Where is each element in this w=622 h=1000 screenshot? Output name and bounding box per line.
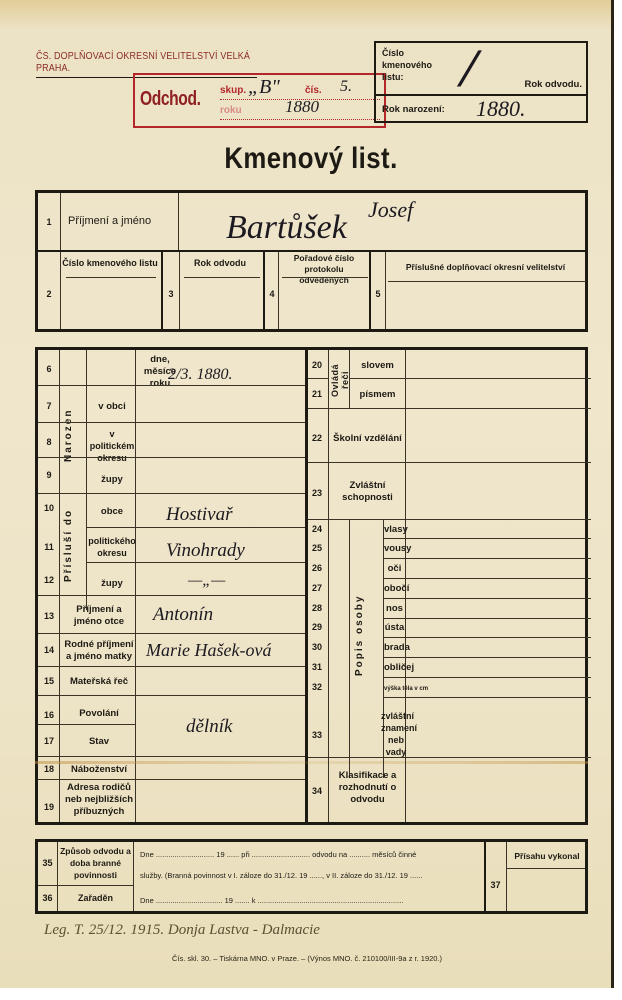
row-number: 24 xyxy=(306,524,328,534)
row-number: 10 xyxy=(38,503,60,513)
occupation-value: dělník xyxy=(186,716,232,738)
row-number: 36 xyxy=(38,893,57,903)
domicile-district-value: Vinohrady xyxy=(166,540,245,562)
assignment-line: Dne ................................ 19 … xyxy=(140,896,482,905)
divider xyxy=(282,277,368,278)
row-number: 7 xyxy=(38,401,60,411)
divider xyxy=(59,350,60,822)
row-number: 5 xyxy=(371,289,385,299)
row-number: 11 xyxy=(38,542,60,552)
row-label: obce xyxy=(88,506,136,518)
cislo-kmenoveho-value: / xyxy=(454,37,484,99)
divider xyxy=(308,519,591,520)
row-number: 28 xyxy=(306,603,328,613)
row-label: brada xyxy=(384,642,405,654)
enlistment-line-2: služby. (Branná povinnost v I. záloze do… xyxy=(140,871,482,880)
row1-label: Příjmení a jméno xyxy=(68,215,151,227)
row-number: 3 xyxy=(163,289,179,299)
divider xyxy=(328,350,329,822)
stamp-line xyxy=(220,119,380,120)
divider xyxy=(383,677,591,678)
row-number: 34 xyxy=(306,786,328,796)
row-number: 26 xyxy=(306,563,328,573)
row-label: obličej xyxy=(384,662,405,674)
row-label: Příjmení a jméno otce xyxy=(62,604,136,628)
rok-odvodu-label: Rok odvodu. xyxy=(524,79,582,90)
row-label: Přísahu vykonal xyxy=(508,850,586,862)
divider xyxy=(383,538,591,539)
row-label: oči xyxy=(384,563,405,575)
row-label: župy xyxy=(88,578,136,590)
row-number: 33 xyxy=(306,730,328,740)
print-imprint: Čís. skl. 30. – Tiskárna MNO. v Praze. –… xyxy=(0,954,614,963)
stamp-skup-value: „B" xyxy=(248,76,280,99)
divider xyxy=(178,193,179,250)
row-number: 27 xyxy=(306,583,328,593)
row-number: 6 xyxy=(38,364,60,374)
row-number: 23 xyxy=(306,488,328,498)
divider xyxy=(38,695,305,696)
divider xyxy=(38,250,585,252)
divider xyxy=(66,277,156,278)
row-label: výška těla v cm xyxy=(384,683,405,695)
divider xyxy=(383,598,591,599)
divider xyxy=(86,350,87,610)
stamp-roku-label: roku xyxy=(220,105,242,116)
row-number: 22 xyxy=(306,433,328,443)
divider xyxy=(60,193,61,329)
divider xyxy=(38,724,135,725)
divider xyxy=(506,842,507,911)
row-label: Způsob odvodu a doba branné povinnosti xyxy=(58,845,133,881)
divider xyxy=(86,527,305,528)
row-label: Zařaděn xyxy=(58,892,133,904)
rok-narozeni-label: Rok narození: xyxy=(382,104,445,115)
row-number: 15 xyxy=(38,676,60,686)
domicile-county-value: —„— xyxy=(188,572,225,590)
row-number: 35 xyxy=(38,858,57,868)
departure-stamp: Odchod. skup. „B" čís. 5. roku 1880 xyxy=(133,73,386,128)
row-number: 13 xyxy=(38,611,60,621)
group-prislusi-do: Přísluší do xyxy=(63,500,74,590)
cell-label-velitelstvi: Příslušné doplňovací okresní velitelství xyxy=(388,261,583,273)
row-number: 4 xyxy=(265,289,279,299)
divider xyxy=(38,756,305,757)
row-label: Povolání xyxy=(62,708,136,720)
row-label: písmem xyxy=(350,389,405,401)
divider xyxy=(484,842,486,911)
row-number: 2 xyxy=(38,289,60,299)
given-name-value: Josef xyxy=(368,197,413,223)
divider xyxy=(184,277,260,278)
divider xyxy=(38,422,305,423)
row-number: 31 xyxy=(306,662,328,672)
row-label: Náboženství xyxy=(62,764,136,776)
stamp-cis-value: 5. xyxy=(340,78,352,96)
group-ovlada-reci: Ovládá řeči xyxy=(330,356,350,404)
divider xyxy=(388,281,586,282)
row-label: nos xyxy=(384,603,405,615)
row-number: 8 xyxy=(38,437,60,447)
divider xyxy=(308,462,591,463)
office-heading-text: ČS. DOPLŇOVACÍ OKRESNÍ VELITELSTVÍ VELKÁ… xyxy=(36,50,250,74)
row-number: 37 xyxy=(485,880,506,890)
rok-narozeni-value: 1880. xyxy=(476,96,526,122)
cell-label-rok-odvodu: Rok odvodu xyxy=(180,257,260,269)
enlistment-line-1: Dne ............................ 19 ....… xyxy=(140,850,482,859)
row-label: Klasifikace a rozhodnutí o odvodu xyxy=(330,770,405,806)
row-number: 20 xyxy=(306,360,328,370)
row-label: Rodné příjmení a jméno matky xyxy=(62,639,136,663)
row-number: 18 xyxy=(38,764,60,774)
surname-value: Bartůšek xyxy=(226,209,347,247)
row-label: v politickém okresu xyxy=(86,428,138,464)
row-number: 16 xyxy=(38,710,60,720)
row-number: 17 xyxy=(38,736,60,746)
divider xyxy=(308,408,591,409)
divider xyxy=(38,885,134,886)
row-number: 30 xyxy=(306,642,328,652)
row-number: 29 xyxy=(306,622,328,632)
divider xyxy=(38,779,305,780)
divider xyxy=(38,633,305,634)
divider xyxy=(383,618,591,619)
divider xyxy=(383,578,591,579)
divider xyxy=(86,562,305,563)
row-label: Stav xyxy=(62,736,136,748)
row-label: v obci xyxy=(88,401,136,413)
row-label: ústa xyxy=(384,622,405,634)
row-label: vlasy xyxy=(384,524,405,536)
divider xyxy=(385,252,386,329)
row-label: slovem xyxy=(350,360,405,372)
page-title: Kmenový list. xyxy=(44,142,579,176)
divider xyxy=(308,757,591,758)
divider xyxy=(38,457,305,458)
row-label: Mateřská řeč xyxy=(62,676,136,688)
document-page: ČS. DOPLŇOVACÍ OKRESNÍ VELITELSTVÍ VELKÁ… xyxy=(0,0,614,988)
divider xyxy=(349,378,591,379)
registry-corner-box: Číslo kmenového listu: / Rok odvodu. Rok… xyxy=(374,41,588,123)
stamp-cis-label: čís. xyxy=(305,85,322,96)
stamp-title: Odchod. xyxy=(140,88,201,111)
cell-label-poradove: Pořadové číslo protokolu odvedených xyxy=(279,253,369,286)
row-number: 9 xyxy=(38,470,60,480)
row-label: obočí xyxy=(384,583,405,595)
row-label: Zvláštní schopnosti xyxy=(330,480,405,504)
divider xyxy=(38,595,305,596)
row-label: politického okresu xyxy=(86,535,138,559)
row-number: 19 xyxy=(38,802,60,812)
row-number: 21 xyxy=(306,389,328,399)
divider xyxy=(383,657,591,658)
fold-crease xyxy=(35,761,588,764)
divider xyxy=(308,378,328,379)
divider xyxy=(38,666,305,667)
stamp-roku-value: 1880 xyxy=(285,97,319,117)
row-number: 14 xyxy=(38,645,60,655)
divider xyxy=(38,385,305,386)
divider xyxy=(383,558,591,559)
row-label: zvláštní znamení neb vady xyxy=(381,710,411,758)
divider xyxy=(383,697,591,698)
father-name-value: Antonín xyxy=(153,604,213,626)
divider xyxy=(383,637,591,638)
stamp-skup-label: skup. xyxy=(220,85,246,96)
row-label: vousy xyxy=(384,543,405,555)
row-number: 32 xyxy=(306,682,328,692)
row-number: 1 xyxy=(38,217,60,227)
row-number: 25 xyxy=(306,543,328,553)
row-label: župy xyxy=(88,474,136,486)
mother-name-value: Marie Hašek-ová xyxy=(146,640,271,661)
identity-table: 1 Příjmení a jméno Bartůšek Josef 2 Čísl… xyxy=(35,190,588,332)
group-narozen: Narozen xyxy=(63,390,74,480)
group-popis-osoby: Popis osoby xyxy=(354,590,365,680)
row-number: 12 xyxy=(38,575,60,585)
row-label: Školní vzdělání xyxy=(330,433,405,445)
personal-details-table: Narozen Přísluší do 6 dne, měsíce roku 2… xyxy=(35,347,588,825)
cell-label-cislo: Číslo kmenového listu xyxy=(62,257,158,269)
domicile-municipality-value: Hostivař xyxy=(166,504,233,526)
cislo-kmenoveho-label: Číslo kmenového listu: xyxy=(382,47,452,83)
handwritten-note: Leg. T. 25/12. 1915. Donja Lastva - Dalm… xyxy=(44,922,320,939)
enlistment-table: 35 Způsob odvodu a doba branné povinnost… xyxy=(35,839,588,914)
divider xyxy=(507,868,585,869)
row-label: Adresa rodičů neb nejbližších příbuzných xyxy=(62,782,136,818)
birth-date-value: 2/3. 1880. xyxy=(168,366,232,384)
divider xyxy=(349,519,350,778)
divider xyxy=(38,493,305,494)
divider xyxy=(133,842,134,911)
